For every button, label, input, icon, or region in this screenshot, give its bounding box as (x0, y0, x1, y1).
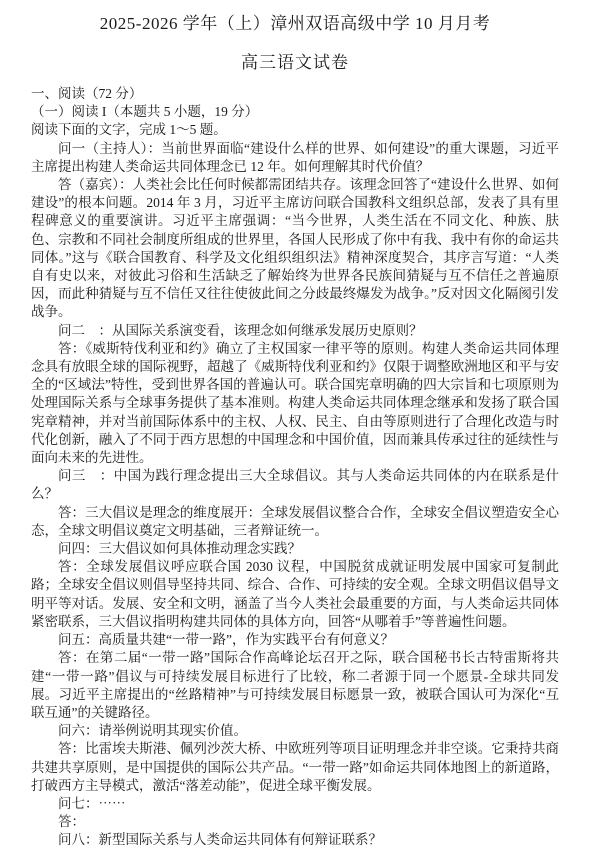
dialogue-paragraph-a4: 答：全球发展倡议呼应联合国 2030 议程，中国脱贫成就证明发展中国家可复制此路… (31, 558, 559, 631)
section-heading: 一、阅读（72 分） (31, 85, 559, 103)
dialogue-paragraph-q5: 问五：高质量共建“一带一路”，作为实践平台有何意义？ (31, 631, 559, 649)
dialogue-paragraph-q8: 问八：新型国际关系与人类命运共同体有何辩证联系？ (31, 831, 559, 849)
exam-paper-page: 2025-2026 学年（上）漳州双语高级中学 10 月月考 高三语文试卷 一、… (0, 0, 590, 850)
dialogue-paragraph-a5: 答：在第二届“一带一路”国际合作高峰论坛召开之际，联合国秘书长古特雷斯将共建“一… (31, 649, 559, 722)
subsection-heading: （一）阅读 I（本题共 5 小题，19 分） (31, 103, 559, 121)
dialogue-paragraph-a6: 答：比雷埃夫斯港、佩列沙茨大桥、中欧班列等项目证明理念并非空谈。它秉持共商共建共… (31, 740, 559, 795)
dialogue-paragraph-q4: 问四：三大倡议如何具体推动理念实践？ (31, 540, 559, 558)
dialogue-paragraph-q6: 问六：请举例说明其现实价值。 (31, 722, 559, 740)
dialogue-paragraph-q7: 问七：⋯⋯ (31, 795, 559, 813)
exam-body: 一、阅读（72 分） （一）阅读 I（本题共 5 小题，19 分） 阅读下面的文… (31, 85, 559, 850)
exam-subtitle: 高三语文试卷 (31, 52, 559, 74)
dialogue-paragraph-a2: 答：《威斯特伐利亚和约》确立了主权国家一律平等的原则。构建人类命运共同体理念具有… (31, 340, 559, 467)
dialogue-paragraph-a3: 答：三大倡议是理念的维度展开：全球发展倡议整合合作，全球安全倡议塑造安全心态，全… (31, 504, 559, 540)
reading-instruction: 阅读下面的文字，完成 1～5 题。 (31, 121, 559, 139)
exam-title: 2025-2026 学年（上）漳州双语高级中学 10 月月考 (31, 13, 559, 35)
dialogue-paragraph-q2: 问二 ：从国际关系演变看，该理念如何继承发展历史原则？ (31, 322, 559, 340)
dialogue-paragraph-q3: 问三 ：中国为践行理念提出三大全球倡议。其与人类命运共同体的内在联系是什么？ (31, 467, 559, 503)
dialogue-paragraph-a7: 答： (31, 813, 559, 831)
dialogue-paragraph-a1: 答（嘉宾）：人类社会比任何时候都需团结共存。该理念回答了“建设什么世界、如何建设… (31, 176, 559, 322)
dialogue-paragraph-q1: 问一（主持人）：当前世界面临“建设什么样的世界、如何建设”的重大课题，习近平主席… (31, 140, 559, 176)
